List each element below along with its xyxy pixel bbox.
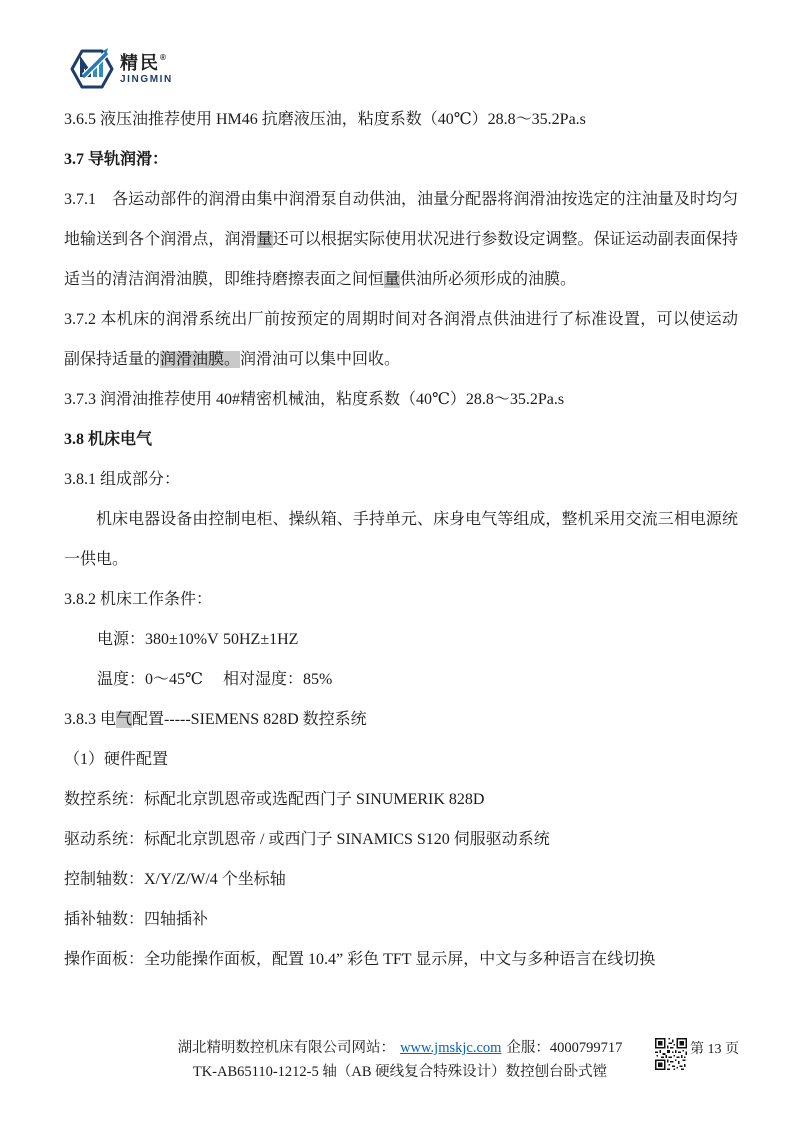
relative-humidity: 相对湿度：85% xyxy=(223,671,332,688)
para-3-8-1-body: 机床电器设备由控制电柜、操纵箱、手持单元、床身电气等组成，整机采用交流三相电源统… xyxy=(64,500,738,580)
para-3-7-2-text: 润滑油可以集中回收。 xyxy=(240,351,400,368)
power-frequency: 50HZ±1HZ xyxy=(223,631,298,648)
shaded-run: 气 xyxy=(116,711,132,728)
temperature-range: 温度：0～45℃ xyxy=(97,660,223,700)
qr-code-icon xyxy=(655,1038,687,1070)
para-3-8-3-text: 3.8.3 电 xyxy=(64,711,116,728)
shaded-run: 润滑油膜。 xyxy=(160,351,240,368)
spec-drive-system: 驱动系统：标配北京凯恩帝 / 或西门子 SINAMICS S120 伺服驱动系统 xyxy=(64,820,738,860)
spec-interpolation-axes: 插补轴数：四轴插补 xyxy=(64,900,738,940)
para-3-8-3-text: 配置-----SIEMENS 828D 数控系统 xyxy=(132,711,367,728)
para-3-6-5: 3.6.5 液压油推荐使用 HM46 抗磨液压油，粘度系数（40℃）28.8～3… xyxy=(64,100,738,140)
para-3-7-2: 3.7.2 本机床的润滑系统出厂前按预定的周期时间对各润滑点供油进行了标准设置，… xyxy=(64,300,738,380)
heading-3-7: 3.7 导轨润滑： xyxy=(64,140,738,180)
spec-control-axes: 控制轴数：X/Y/Z/W/4 个坐标轴 xyxy=(64,860,738,900)
para-3-8-2: 3.8.2 机床工作条件： xyxy=(64,580,738,620)
environment-spec-line: 温度：0～45℃相对湿度：85% xyxy=(64,660,738,700)
footer-company: 湖北精明数控机床有限公司网站： xyxy=(178,1040,396,1056)
document-body: 3.6.5 液压油推荐使用 HM46 抗磨液压油，粘度系数（40℃）28.8～3… xyxy=(64,0,738,980)
para-3-7-1: 3.7.1 各运动部件的润滑由集中润滑泵自动供油，油量分配器将润滑油按选定的注油… xyxy=(64,180,738,300)
footer-website-link[interactable]: www.jmskjc.com xyxy=(400,1040,501,1056)
spec-cnc-system: 数控系统：标配北京凯恩帝或选配西门子 SINUMERIK 828D xyxy=(64,780,738,820)
power-spec-line: 电源：380±10%V50HZ±1HZ xyxy=(64,620,738,660)
shaded-run: 量 xyxy=(384,271,400,288)
power-voltage: 电源：380±10%V xyxy=(97,620,223,660)
footer-service-phone: 企服：4000799717 xyxy=(506,1040,622,1056)
page-number: 第 13 页 xyxy=(690,1038,760,1062)
shaded-run: 量 xyxy=(257,231,273,248)
heading-3-8: 3.8 机床电气 xyxy=(64,420,738,460)
spec-operation-panel: 操作面板：全功能操作面板，配置 10.4” 彩色 TFT 显示屏，中文与多种语言… xyxy=(64,940,738,980)
para-3-8-1: 3.8.1 组成部分： xyxy=(64,460,738,500)
para-3-7-1-text: 供油所必须形成的油膜。 xyxy=(400,271,576,288)
heading-hardware-config: （1）硬件配置 xyxy=(64,740,738,780)
para-3-8-3: 3.8.3 电气配置-----SIEMENS 828D 数控系统 xyxy=(64,700,738,740)
para-3-7-3: 3.7.3 润滑油推荐使用 40#精密机械油，粘度系数（40℃）28.8～35.… xyxy=(64,380,738,420)
